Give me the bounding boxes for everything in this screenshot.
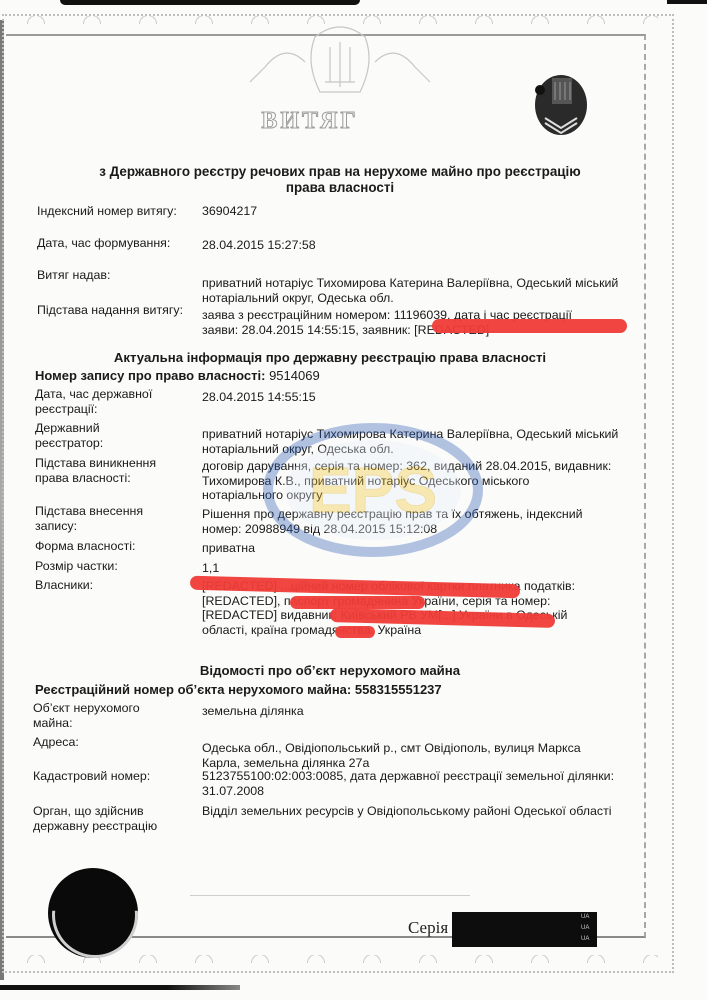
- field-value-share-size: 1,1: [202, 561, 622, 576]
- property-reg-number-value: 558315551237: [355, 682, 442, 697]
- faint-guilloche-line: [190, 895, 470, 896]
- field-value-formation-date: 28.04.2015 15:27:58: [202, 238, 622, 253]
- record-number-line: Номер запису про право власності: 951406…: [35, 368, 320, 383]
- scan-bottom-edge: [0, 985, 240, 990]
- field-value-property-object: земельна ділянка: [202, 704, 622, 719]
- ua-mark: UA: [581, 936, 589, 942]
- field-label-ownership-form: Форма власності:: [35, 539, 185, 554]
- field-label-registrar: Державний реєстратор:: [35, 421, 145, 450]
- field-label-share-size: Розмір частки:: [35, 559, 185, 574]
- document-title: ВИТЯГ: [245, 108, 375, 135]
- field-value-registrar: приватний нотаріус Тихомирова Катерина В…: [202, 427, 622, 456]
- seria-label: Серія: [408, 918, 448, 938]
- field-label-owners: Власники:: [35, 578, 185, 593]
- notary-emblem-icon: [530, 70, 592, 140]
- property-reg-number-line: Реєстраційний номер об’єкта нерухомого м…: [35, 682, 442, 697]
- ua-mark: UA: [581, 914, 589, 920]
- section-title-property: Відомості про об’єкт нерухомого майна: [30, 663, 630, 678]
- field-label-address: Адреса:: [33, 735, 183, 750]
- field-value-issued-by: приватний нотаріус Тихомирова Катерина В…: [202, 276, 622, 305]
- field-value-entry-basis: Рішення про державну реєстрацію прав та …: [202, 507, 612, 536]
- document-heading: з Державного реєстру речових прав на нер…: [80, 164, 600, 196]
- redaction-applicant: [432, 319, 627, 333]
- field-value-registering-authority: Відділ земельних ресурсів у Овідіопольсь…: [202, 804, 622, 819]
- scan-top-edge: [0, 0, 707, 14]
- field-value-address: Одеська обл., Овідіопольський р., смт Ов…: [202, 741, 622, 770]
- field-label-registration-date: Дата, час державної реєстрації:: [35, 387, 185, 416]
- field-value-cadastral-number: 5123755100:02:003:0085, дата державної р…: [202, 769, 622, 798]
- record-number-value: 9514069: [269, 368, 320, 383]
- record-number-label: Номер запису про право власності:: [35, 368, 265, 383]
- field-label-entry-basis: Підстава внесення запису:: [35, 504, 185, 533]
- field-label-registering-authority: Орган, що здійснив державну реєстрацію: [33, 804, 173, 833]
- section-title-ownership: Актуальна інформація про державну реєстр…: [30, 350, 630, 365]
- field-value-registration-date: 28.04.2015 14:55:15: [202, 390, 622, 405]
- field-label-cadastral-number: Кадастровий номер:: [33, 769, 183, 784]
- property-reg-number-label: Реєстраційний номер об’єкта нерухомого м…: [35, 682, 351, 697]
- field-label-property-object: Об’єкт нерухомого майна:: [33, 701, 153, 730]
- field-label-ownership-basis: Підстава виникнення права власності:: [35, 456, 185, 485]
- field-value-ownership-form: приватна: [202, 541, 622, 556]
- field-label-formation-date: Дата, час формування:: [37, 236, 187, 251]
- seria-number-redacted: [452, 912, 597, 947]
- ukraine-trident-coat-of-arms-icon: [245, 22, 435, 102]
- field-label-index-number: Індексний номер витягу:: [37, 204, 187, 219]
- field-value-ownership-basis: договір дарування, серія та номер: 362, …: [202, 459, 612, 503]
- redaction-tax-number: [290, 596, 425, 609]
- field-value-index-number: 36904217: [202, 204, 622, 219]
- field-label-issued-by: Витяг надав:: [37, 268, 187, 283]
- field-label-basis: Підстава надання витягу:: [37, 303, 187, 318]
- ua-mark: UA: [581, 925, 589, 931]
- redaction-issuer: [335, 626, 375, 638]
